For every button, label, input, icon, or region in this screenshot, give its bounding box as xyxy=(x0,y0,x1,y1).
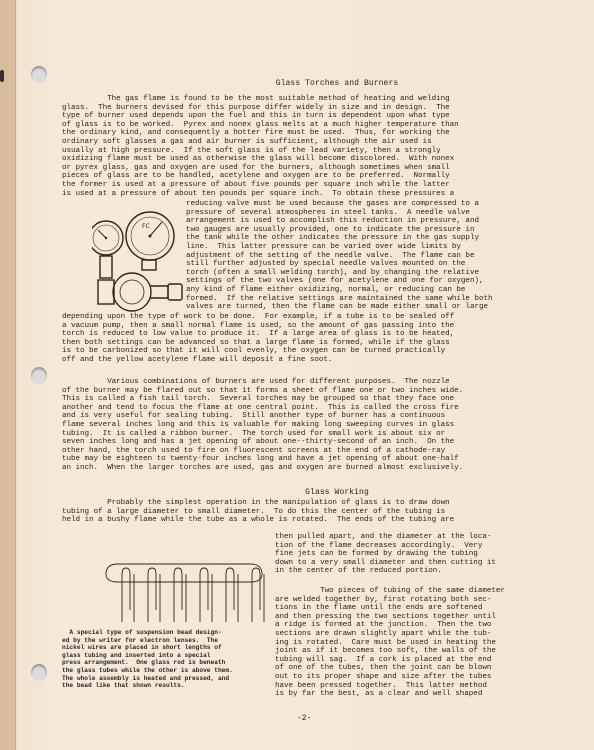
paragraph-drawing-tubing: Probably the simplest operation in the m… xyxy=(62,499,454,525)
paragraph-burner-types: Various combinations of burners are used… xyxy=(62,378,463,473)
document-page: Glass Torches and Burners The gas flame … xyxy=(0,0,594,750)
suspension-bead-figure xyxy=(100,560,275,625)
section-title-torches: Glass Torches and Burners xyxy=(40,79,594,88)
svg-text:FC: FC xyxy=(142,223,150,230)
paragraph-welding-tubing: Two pieces of tubing of the same diamete… xyxy=(275,587,505,699)
figure-caption: A special type of suspension bead design… xyxy=(62,629,233,690)
page-number: -2- xyxy=(297,714,311,723)
paragraph-intro-wrapped: reducing valve must be used because the … xyxy=(186,200,492,312)
paragraph-intro-end: depending upon the type of work to be do… xyxy=(62,313,454,365)
pressure-gauges-figure: FC xyxy=(92,200,188,318)
paragraph-drawing-tubing-wrapped: then pulled apart, and the diameter at t… xyxy=(275,533,496,576)
paragraph-intro: The gas flame is found to be the most su… xyxy=(62,95,459,198)
section-title-glass-working: Glass Working xyxy=(40,488,594,497)
page-edge xyxy=(0,0,16,750)
punch-hole xyxy=(31,367,47,384)
punch-hole xyxy=(31,664,47,681)
edge-mark xyxy=(0,70,4,82)
